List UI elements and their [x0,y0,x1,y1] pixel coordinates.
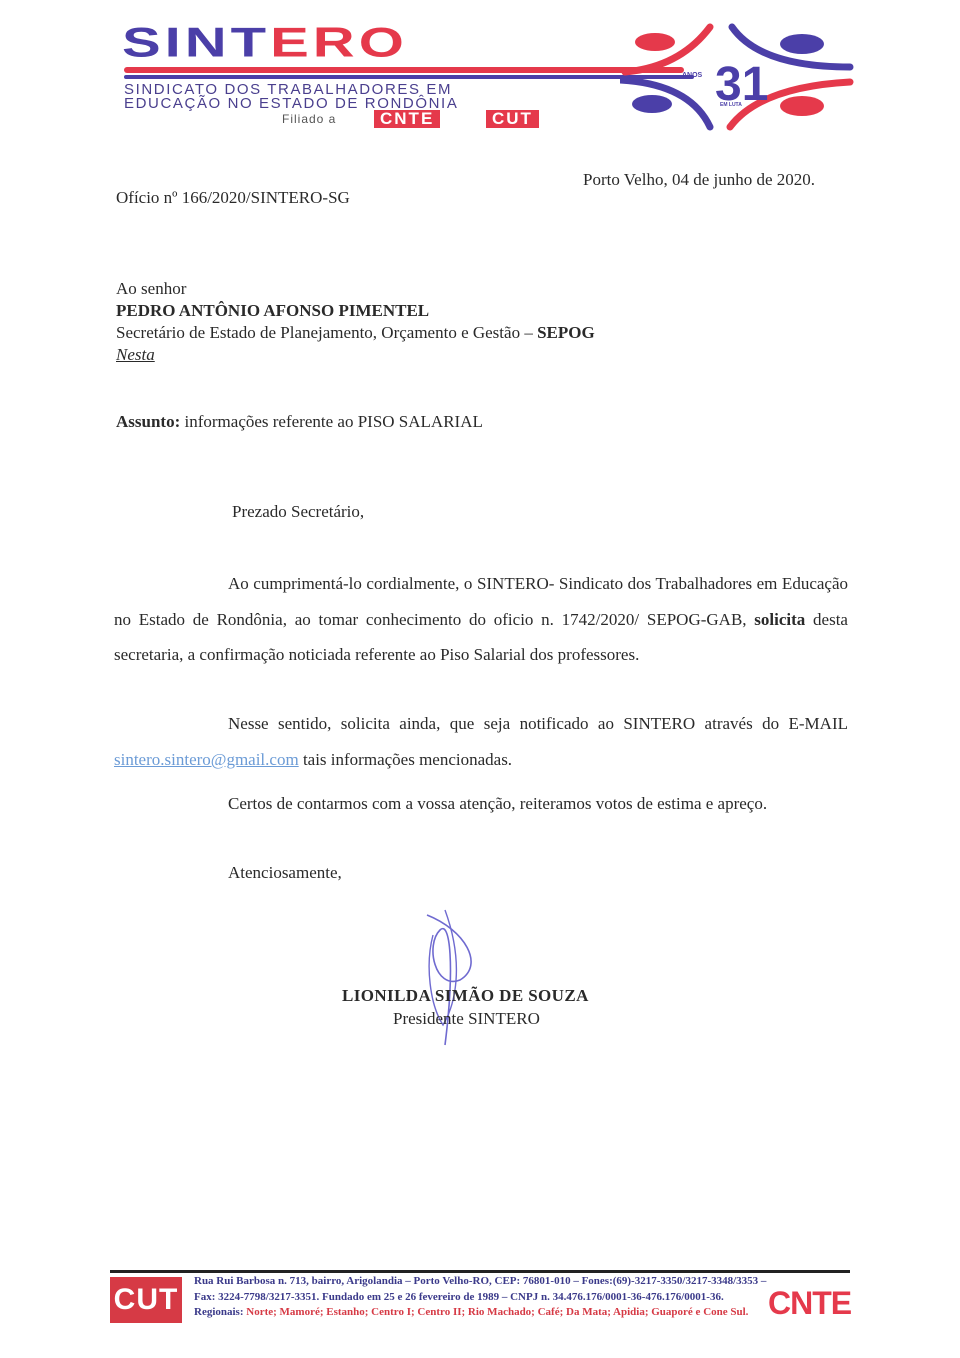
svg-text:ANOS: ANOS [682,72,703,79]
logo-part-red: ERO [270,19,408,66]
recipient-location: Nesta [116,344,155,365]
cnte-logo: CNTE [768,1285,851,1322]
sintero-logo-wordmark: SINTERO [122,22,408,64]
body-paragraph-3: Certos de contarmos com a vossa atenção,… [228,786,848,822]
footer-divider [110,1270,850,1273]
body-paragraph-2: Nesse sentido, solicita ainda, que seja … [114,706,848,777]
logo-red-band [124,67,684,73]
svg-text:EM LUTA: EM LUTA [720,102,742,108]
logo-blue-band [124,75,694,79]
logo-part-blue: SINT [122,19,270,66]
email-link[interactable]: sintero.sintero@gmail.com [114,750,299,769]
signer-name: LIONILDA SIMÃO DE SOUZA [342,985,589,1006]
signer-role: Presidente SINTERO [393,1008,540,1029]
recipient-title: Secretário de Estado de Planejamento, Or… [116,322,595,343]
recipient-name: PEDRO ANTÔNIO AFONSO PIMENTEL [116,300,429,321]
cut-logo: CUT [110,1277,182,1323]
closing: Atenciosamente, [228,862,342,883]
body-paragraph-1: Ao cumprimentá-lo cordialmente, o SINTER… [114,566,848,673]
subject-line: Assunto: informações referente ao PISO S… [116,411,483,432]
footer-address: Rua Rui Barbosa n. 713, bairro, Arigolan… [194,1274,769,1321]
subject-label: Assunto: [116,412,180,431]
place-date: Porto Velho, 04 de junho de 2020. [583,169,815,190]
affiliated-label: Filiado a [282,112,336,126]
recipient-org: SEPOG [537,323,595,342]
cut-badge: CUT [486,110,539,128]
anniversary-emblem-icon: 31 ANOS EM LUTA [620,22,860,132]
subject-text: informações referente ao PISO SALARIAL [180,412,483,431]
greeting: Prezado Secretário, [232,501,364,522]
document-reference: Ofício nº 166/2020/SINTERO-SG [116,187,350,208]
cnte-badge: CNTE [374,110,440,128]
footer-regionals: Norte; Mamoré; Estanho; Centro I; Centro… [246,1306,748,1318]
handwritten-signature-icon [415,905,495,1055]
recipient-salutation: Ao senhor [116,278,186,299]
